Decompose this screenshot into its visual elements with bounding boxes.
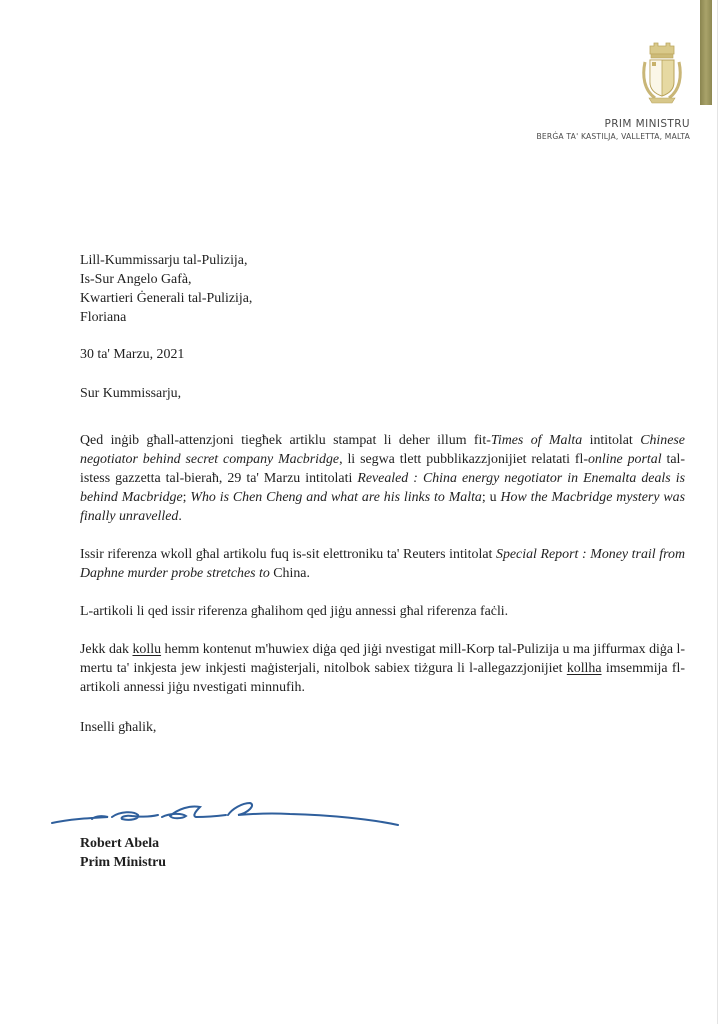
text: , li segwa tlett pubblikazzjonijiet rela… (339, 452, 588, 467)
text: Qed inġib għall-attenzjoni tiegħek artik… (80, 433, 491, 448)
text: L-artikoli li qed issir riferenza għalih… (80, 604, 508, 619)
text: ; u (482, 490, 501, 505)
recipient-line: Is-Sur Angelo Gafà, (80, 270, 685, 289)
letterhead-address: BERĠA TA' KASTILJA, VALLETTA, MALTA (536, 131, 690, 142)
signatory-name: Robert Abela (80, 834, 166, 853)
letter-body: Lill-Kummissarju tal-Pulizija, Is-Sur An… (80, 251, 685, 737)
salutation: Sur Kummissarju, (80, 384, 685, 403)
page-edge (717, 0, 718, 1024)
underlined-word: kollha (567, 661, 602, 676)
malta-coat-of-arms-icon (641, 40, 683, 106)
paragraph-annexes: L-artikoli li qed issir riferenza għalih… (80, 602, 685, 621)
paragraph-request: Jekk dak kollu hemm kontenut m'huwiex di… (80, 640, 685, 697)
recipient-line: Kwartieri Ġenerali tal-Pulizija, (80, 289, 685, 308)
text: Issir riferenza wkoll għal artikolu fuq … (80, 547, 496, 562)
handwritten-signature-icon (50, 797, 400, 833)
letterhead: PRIM MINISTRU BERĠA TA' KASTILJA, VALLET… (536, 118, 690, 142)
paragraph-reuters: Issir riferenza wkoll għal artikolu fuq … (80, 545, 685, 583)
recipient-line: Lill-Kummissarju tal-Pulizija, (80, 251, 685, 270)
signatory-block: Robert Abela Prim Ministru (80, 834, 166, 872)
text: intitolat (582, 433, 640, 448)
text: . (178, 509, 181, 524)
recipient-block: Lill-Kummissarju tal-Pulizija, Is-Sur An… (80, 251, 685, 327)
italic-term: online portal (588, 452, 662, 467)
recipient-line: Floriana (80, 308, 685, 327)
text: Jekk dak (80, 642, 132, 657)
paragraph-articles: Qed inġib għall-attenzjoni tiegħek artik… (80, 431, 685, 526)
closing: Inselli għalik, (80, 718, 685, 737)
letterhead-gold-bar (700, 0, 712, 105)
article-title: Who is Chen Cheng and what are his links… (190, 490, 481, 505)
letterhead-title: PRIM MINISTRU (536, 118, 690, 131)
publication-title: Times of Malta (491, 433, 582, 448)
signatory-title: Prim Ministru (80, 853, 166, 872)
text: China. (270, 566, 310, 581)
letter-date: 30 ta' Marzu, 2021 (80, 345, 685, 364)
underlined-word: kollu (132, 642, 161, 657)
